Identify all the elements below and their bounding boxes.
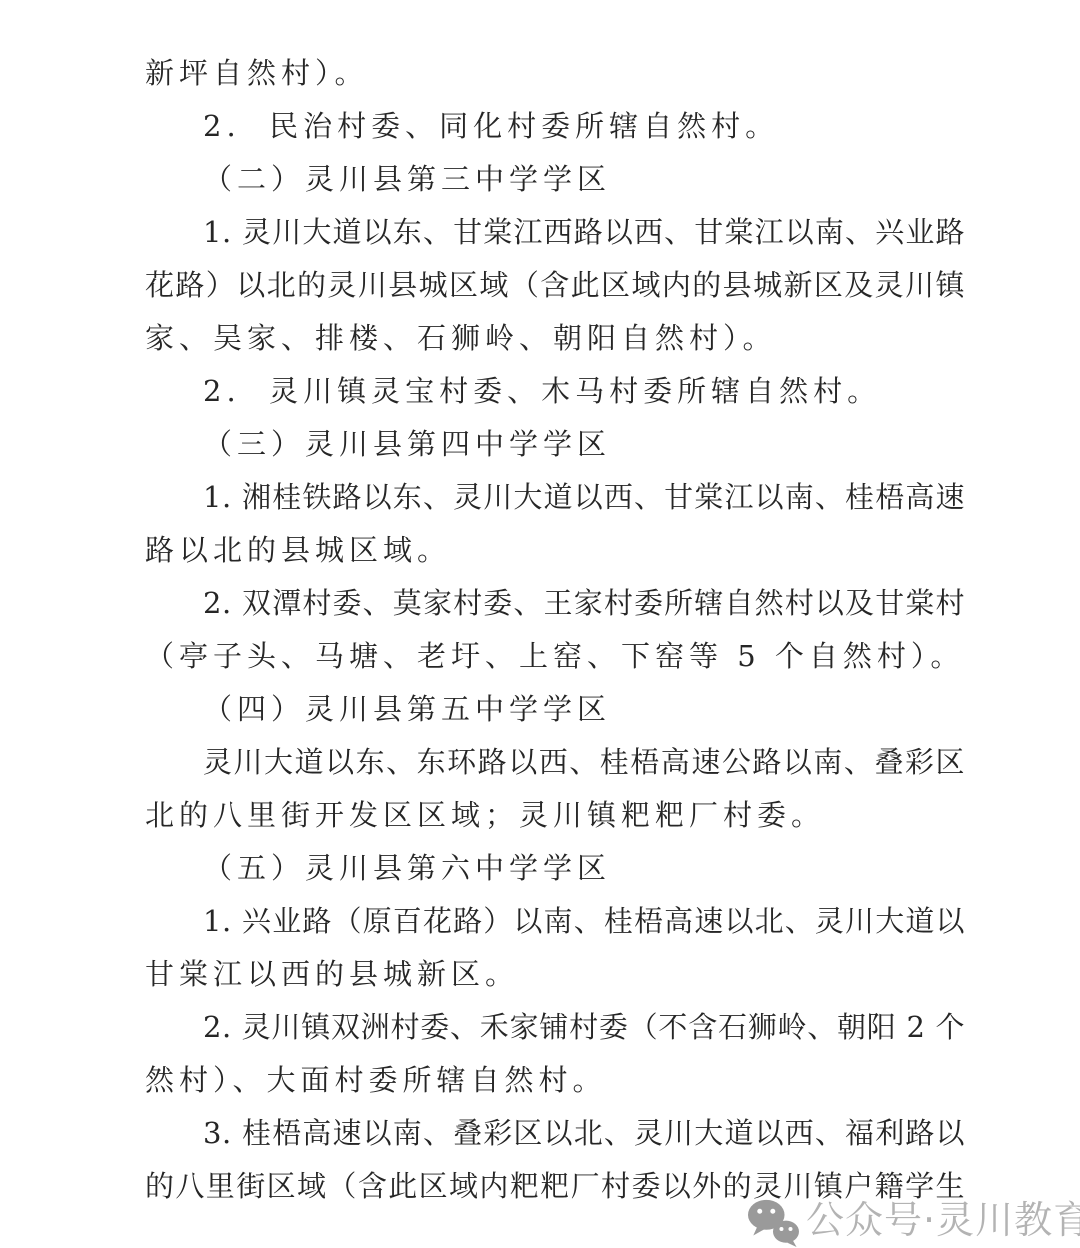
- text-line: 2. 民治村委、同化村委所辖自然村。: [145, 100, 965, 153]
- text-line: 新坪自然村）。: [145, 47, 965, 100]
- text-line: 2. 灵川镇双洲村委、禾家铺村委（不含石狮岭、朝阳 2 个自: [145, 1001, 965, 1054]
- text-line: 3. 桂梧高速以南、叠彩区以北、灵川大道以西、福利路以东: [145, 1107, 965, 1160]
- section-heading: （四）灵川县第五中学学区: [145, 683, 965, 736]
- text-line: 1. 湘桂铁路以东、灵川大道以西、甘棠江以南、桂梧高速公: [145, 471, 965, 524]
- text-line: 然村）、大面村委所辖自然村。: [145, 1054, 965, 1107]
- section-heading: （五）灵川县第六中学学区: [145, 842, 965, 895]
- text-line: 北的八里街开发区区域；灵川镇粑粑厂村委。: [145, 789, 965, 842]
- document-page: 新坪自然村）。2. 民治村委、同化村委所辖自然村。（二）灵川县第三中学学区1. …: [0, 0, 1080, 1248]
- text-line: 甘棠江以西的县城新区。: [145, 948, 965, 1001]
- text-line: 2. 双潭村委、莫家村委、王家村委所辖自然村以及甘棠村委: [145, 577, 965, 630]
- text-line: 灵川大道以东、东环路以西、桂梧高速公路以南、叠彩区以: [145, 736, 965, 789]
- text-line: 1. 兴业路（原百花路）以南、桂梧高速以北、灵川大道以东、: [145, 895, 965, 948]
- text-line: 2. 灵川镇灵宝村委、木马村委所辖自然村。: [145, 365, 965, 418]
- section-heading: （三）灵川县第四中学学区: [145, 418, 965, 471]
- document-body: 新坪自然村）。2. 民治村委、同化村委所辖自然村。（二）灵川县第三中学学区1. …: [145, 47, 965, 1213]
- text-line: 家、吴家、排楼、石狮岭、朝阳自然村）。: [145, 312, 965, 365]
- section-heading: （二）灵川县第三中学学区: [145, 153, 965, 206]
- text-line: 的八里街区域（含此区域内粑粑厂村委以外的灵川镇户籍学生以: [145, 1160, 965, 1213]
- text-line: 路以北的县城区域。: [145, 524, 965, 577]
- text-line: 1. 灵川大道以东、甘棠江西路以西、甘棠江以南、兴业路（百: [145, 206, 965, 259]
- text-line: （亭子头、马塘、老圩、上窑、下窑等 5 个自然村）。: [145, 630, 965, 683]
- text-line: 花路）以北的灵川县城区域（含此区域内的县城新区及灵川镇苏: [145, 259, 965, 312]
